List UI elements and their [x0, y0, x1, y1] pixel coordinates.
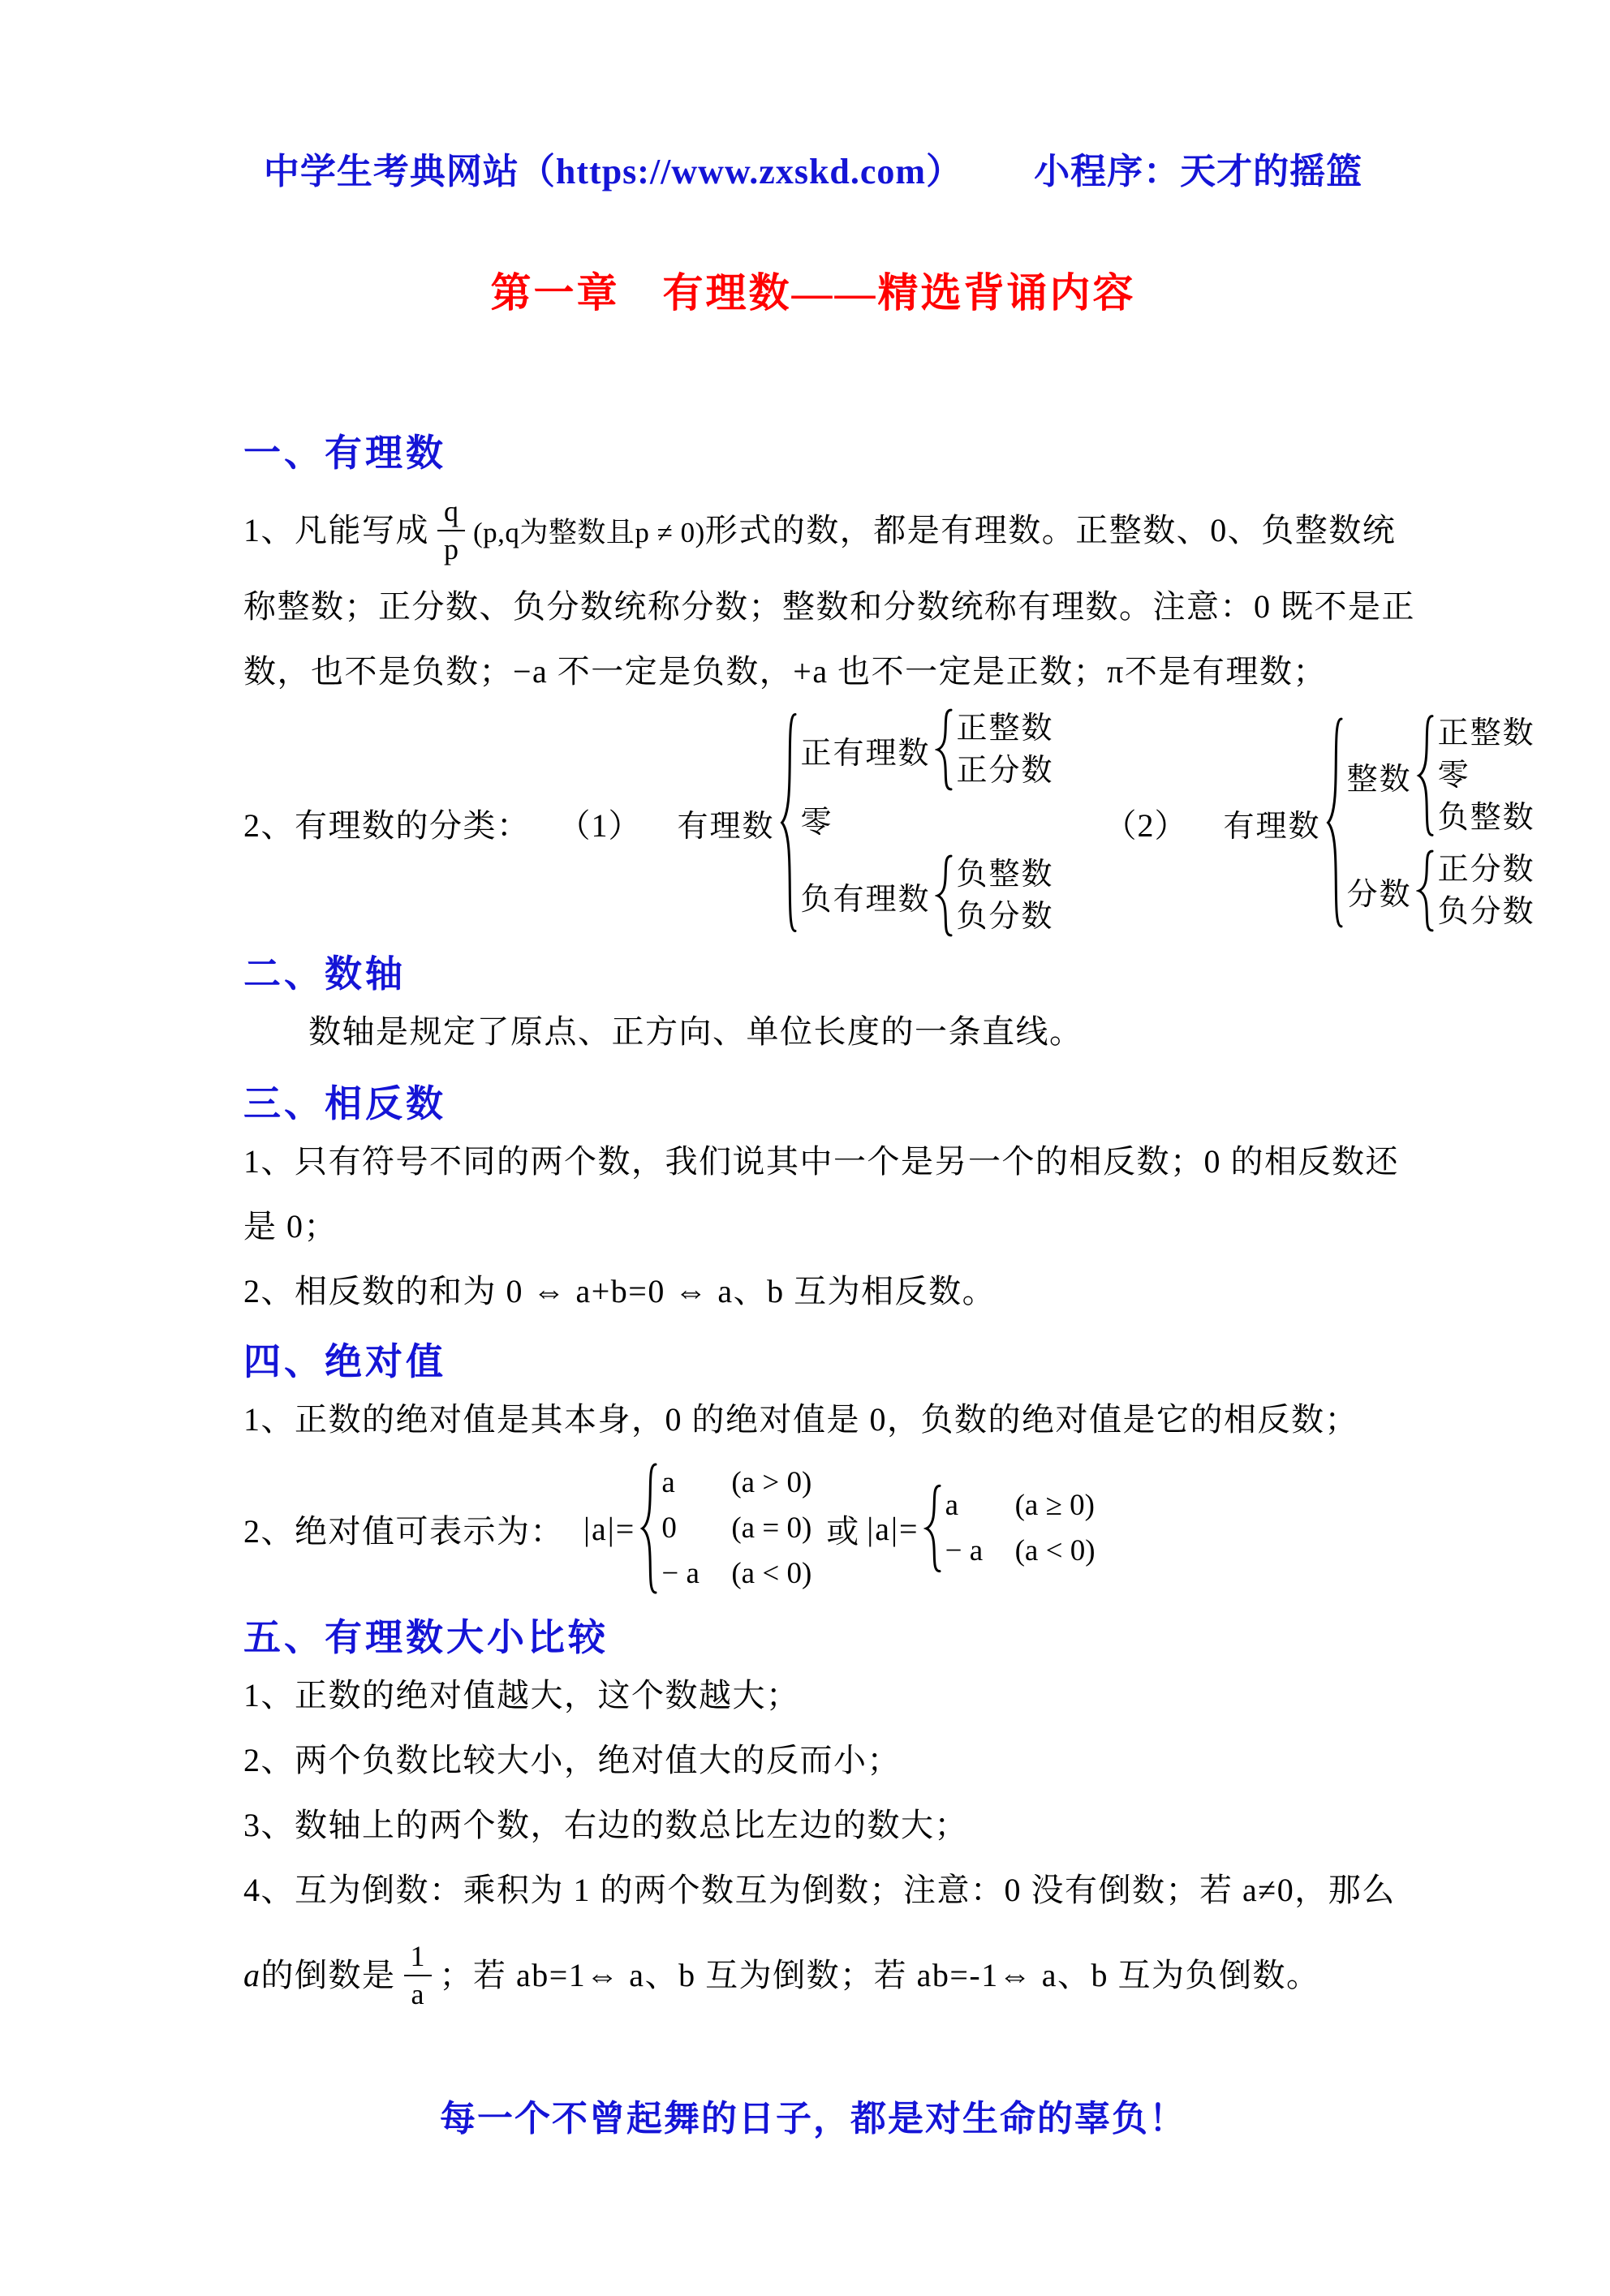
s4-item2-pre: 2、绝对值可表示为： — [243, 1506, 564, 1552]
abs-expression-2: |a|= a (a ≥ 0) − a (a < 0) — [867, 1483, 1095, 1574]
tree2-integer-leaves: 正整数 零 负整数 — [1438, 712, 1535, 839]
curly-brace-icon — [1325, 712, 1343, 933]
case-condition: (a = 0) — [731, 1506, 811, 1551]
s1-classification-row: 2、有理数的分类： （1） 有理数 正有理数 正整数 正分数 — [243, 707, 1383, 938]
curly-brace-icon — [1416, 849, 1434, 933]
curly-brace-icon — [1416, 712, 1434, 839]
tree2-fraction-leaves: 正分数 负分数 — [1438, 849, 1535, 933]
abs-cases-1: a (a > 0) 0 (a = 0) − a (a < 0) — [661, 1460, 811, 1597]
case-condition: (a > 0) — [731, 1460, 811, 1506]
s1-item1-line1: 1、凡能写成 q p (p,q为整数且p ≠ 0) 形式的数，都是有理数。正整数… — [243, 487, 1383, 574]
site-header: 中学生考典网站（https://www.zxskd.com）小程序：天才的摇篮 — [243, 0, 1383, 196]
document-page: 中学生考典网站（https://www.zxskd.com）小程序：天才的摇篮 … — [0, 0, 1610, 2296]
s5-item3: 3、数轴上的两个数，右边的数总比左边的数大； — [243, 1793, 1383, 1858]
classification-tree-1: 有理数 正有理数 正整数 正分数 零 — [678, 707, 1054, 938]
tree2-branches: 整数 正整数 零 负整数 分数 — [1347, 712, 1535, 933]
tree2-integer-group: 整数 正整数 零 负整数 — [1347, 712, 1535, 839]
s2-body: 数轴是规定了原点、正方向、单位长度的一条直线。 — [243, 1000, 1383, 1064]
leaf: 正整数 — [957, 707, 1054, 750]
s4-item2-formula-row: 2、绝对值可表示为： |a|= a (a > 0) 0 (a = 0) — [243, 1460, 1383, 1597]
tree1-positive-group: 正有理数 正整数 正分数 — [801, 707, 1054, 792]
abs-cases-2: a (a ≥ 0) − a (a < 0) — [945, 1483, 1096, 1574]
s1-item1-pre: 1、凡能写成 — [243, 498, 429, 563]
abs-case: − a (a < 0) — [945, 1529, 1096, 1574]
tree1-branches: 正有理数 正整数 正分数 零 负有理数 — [801, 707, 1054, 938]
classification-2-label: （2） — [1104, 800, 1188, 846]
s1-item2-pre: 2、有理数的分类： — [243, 800, 531, 846]
s5-item1: 1、正数的绝对值越大，这个数越大； — [243, 1663, 1383, 1728]
s1-item1-line3: 数，也不是负数；−a 不一定是负数，+a 也不一定是正数；π不是有理数； — [243, 639, 1383, 704]
or-connector: 或 — [826, 1506, 859, 1552]
leaf: 负分数 — [1438, 891, 1535, 933]
fraction-1-over-a: 1 a — [404, 1941, 432, 2010]
s5-item4-mid: 的倒数是 — [261, 1943, 396, 2008]
fraction-numerator: q — [437, 496, 465, 531]
abs-case: − a (a < 0) — [661, 1551, 811, 1597]
page-title: 第一章 有理数——精选背诵内容 — [243, 268, 1383, 318]
leaf: 正分数 — [957, 750, 1054, 792]
tree2-fraction-label: 分数 — [1347, 869, 1412, 914]
section-heading-rational-numbers: 一、有理数 — [243, 428, 1383, 479]
s1-item1-line2: 称整数；正分数、负分数统称分数；整数和分数统称有理数。注意：0 既不是正 — [243, 574, 1383, 639]
fraction-numerator: 1 — [404, 1941, 432, 1976]
tree2-root: 有理数 — [1224, 801, 1321, 845]
s1-item1-condition: (p,q为整数且p ≠ 0) — [473, 510, 705, 551]
footer-motto: 每一个不曾起舞的日子，都是对生命的辜负！ — [243, 2095, 1383, 2143]
curly-brace-icon — [779, 707, 797, 938]
s5-item4-line1: 4、互为倒数：乘积为 1 的两个数互为倒数；注意：0 没有倒数；若 a≠0，那么 — [243, 1858, 1383, 1923]
tree1-positive-label: 正有理数 — [801, 728, 931, 772]
section-heading-absolute-value: 四、绝对值 — [243, 1337, 1383, 1387]
tree1-negative-label: 负有理数 — [801, 874, 931, 918]
s5-item2: 2、两个负数比较大小，绝对值大的反而小； — [243, 1728, 1383, 1793]
leaf: 负整数 — [1438, 797, 1535, 839]
curly-brace-icon — [935, 853, 953, 938]
fraction-denominator: a — [411, 1976, 424, 2010]
s5-item4-post: ；若 ab=1⇔ a、b 互为倒数；若 ab=-1⇔ a、b 互为负倒数。 — [440, 1943, 1320, 2008]
case-condition: (a ≥ 0) — [1015, 1483, 1095, 1529]
s3-item1-line2: 是 0； — [243, 1194, 1383, 1259]
abs-case: a (a ≥ 0) — [945, 1483, 1096, 1529]
mini-program-label: 小程序：天才的摇篮 — [1034, 152, 1362, 191]
leaf: 负分数 — [957, 896, 1054, 938]
tree1-zero-leaf: 零 — [801, 802, 1054, 844]
case-condition: (a < 0) — [731, 1551, 811, 1597]
fraction-denominator: p — [444, 531, 458, 565]
s5-item4-var-a: a — [243, 1943, 261, 2008]
curly-brace-icon — [639, 1460, 657, 1597]
abs-lhs-2: |a|= — [867, 1510, 919, 1548]
abs-lhs-1: |a|= — [583, 1510, 635, 1548]
case-value: 0 — [661, 1506, 731, 1551]
site-name-url: 中学生考典网站（https://www.zxskd.com） — [264, 152, 962, 191]
curly-brace-icon — [923, 1483, 941, 1574]
curly-brace-icon — [935, 707, 953, 792]
fraction-q-over-p: q p — [437, 496, 465, 565]
tree1-negative-leaves: 负整数 负分数 — [957, 853, 1054, 938]
case-value: a — [661, 1460, 731, 1506]
tree2-fraction-group: 分数 正分数 负分数 — [1347, 849, 1535, 933]
case-value: − a — [661, 1551, 731, 1597]
s3-item2: 2、相反数的和为 0 ⇔ a+b=0 ⇔ a、b 互为相反数。 — [243, 1259, 1383, 1324]
tree1-positive-leaves: 正整数 正分数 — [957, 707, 1054, 792]
s3-item1-line1: 1、只有符号不同的两个数，我们说其中一个是另一个的相反数；0 的相反数还 — [243, 1129, 1383, 1194]
section-heading-opposite-numbers: 三、相反数 — [243, 1079, 1383, 1129]
tree2-integer-label: 整数 — [1347, 754, 1412, 798]
s4-item1: 1、正数的绝对值是其本身，0 的绝对值是 0，负数的绝对值是它的相反数； — [243, 1387, 1383, 1452]
abs-case: a (a > 0) — [661, 1460, 811, 1506]
classification-tree-2: 有理数 整数 正整数 零 负整数 — [1224, 712, 1535, 933]
abs-case: 0 (a = 0) — [661, 1506, 811, 1551]
leaf: 负整数 — [957, 853, 1054, 896]
leaf: 零 — [1438, 755, 1535, 797]
classification-1-label: （1） — [558, 800, 642, 846]
case-value: − a — [945, 1529, 1015, 1574]
tree1-negative-group: 负有理数 负整数 负分数 — [801, 853, 1054, 938]
section-heading-size-comparison: 五、有理数大小比较 — [243, 1613, 1383, 1663]
abs-expression-1: |a|= a (a > 0) 0 (a = 0) − a (a < 0 — [583, 1460, 811, 1597]
s5-item4-line2: a 的倒数是 1 a ；若 ab=1⇔ a、b 互为倒数；若 ab=-1⇔ a、… — [243, 1928, 1383, 2023]
section-heading-number-line: 二、数轴 — [243, 949, 1383, 1000]
case-condition: (a < 0) — [1015, 1529, 1096, 1574]
case-value: a — [945, 1483, 1015, 1529]
tree1-root: 有理数 — [678, 801, 775, 845]
document-content: 中学生考典网站（https://www.zxskd.com）小程序：天才的摇篮 … — [0, 0, 1610, 2143]
leaf: 正整数 — [1438, 712, 1535, 755]
leaf: 正分数 — [1438, 849, 1535, 891]
s1-item1-post: 形式的数，都是有理数。正整数、0、负整数统 — [705, 498, 1397, 563]
